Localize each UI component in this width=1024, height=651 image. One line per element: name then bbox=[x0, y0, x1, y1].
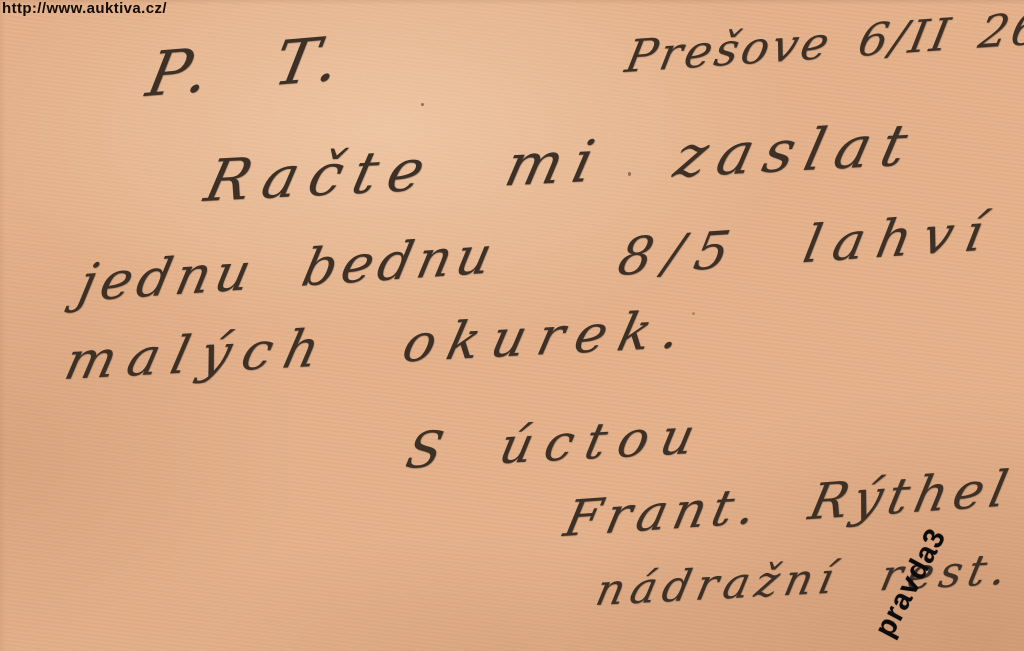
body-line-2a: jednu bednu bbox=[74, 230, 501, 310]
body-line-3: malých okurek. bbox=[60, 304, 698, 388]
salutation: P. T. bbox=[142, 27, 355, 106]
signature-role: nádražní rest. bbox=[592, 549, 1016, 613]
signature: Frant. Rýthel bbox=[560, 463, 1018, 544]
closing: S úctou bbox=[402, 411, 711, 476]
ink-speck bbox=[692, 312, 695, 315]
body-line-1: Račte mi zaslat bbox=[200, 115, 924, 210]
postcard-paper: http://www.auktiva.cz/ P. T. Prešove 6/I… bbox=[0, 0, 1024, 651]
ink-speck bbox=[421, 103, 424, 106]
body-line-2b: 8/5 lahví bbox=[614, 206, 1000, 284]
dateline: Prešove 6/II 26. bbox=[622, 4, 1024, 79]
ink-speck bbox=[628, 172, 631, 176]
auction-site-watermark: http://www.auktiva.cz/ bbox=[2, 0, 167, 17]
